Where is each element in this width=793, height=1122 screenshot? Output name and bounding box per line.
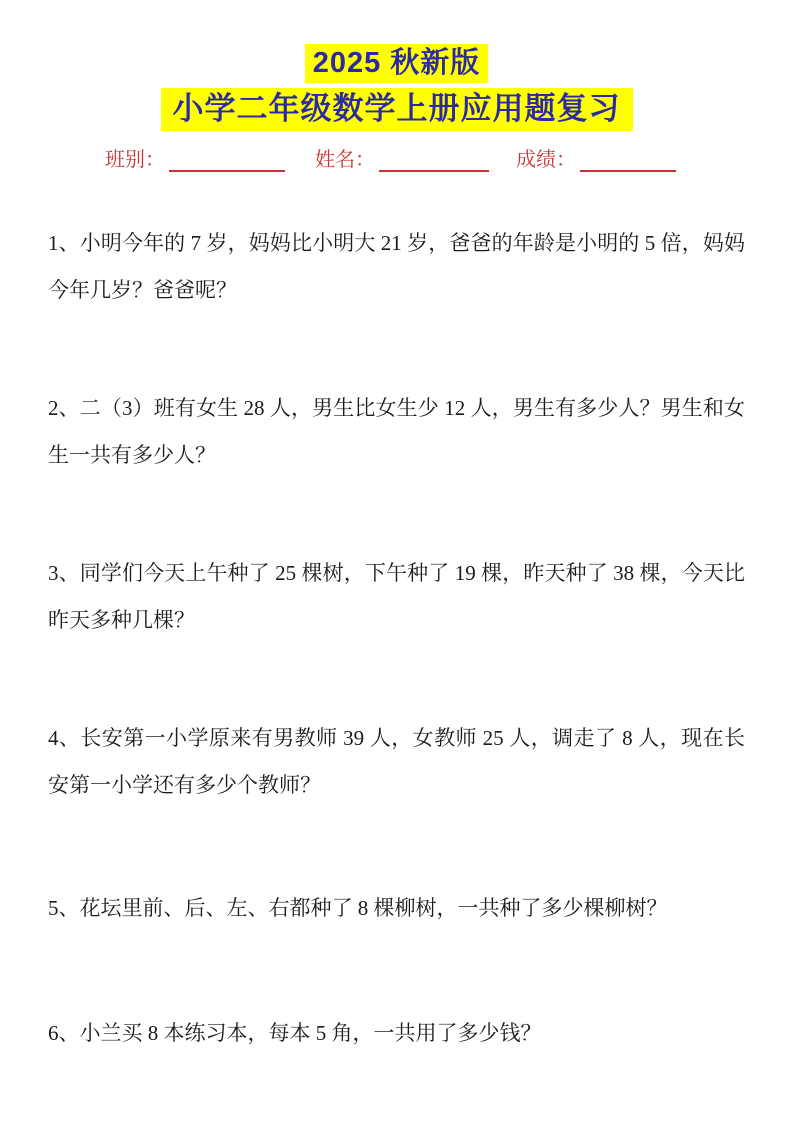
class-blank-line [169,150,285,172]
worksheet-title: 2025 秋新版 小学二年级数学上册应用题复习 [0,44,793,131]
title-line-1: 2025 秋新版 [305,44,489,83]
problems-list: 1、小明今年的 7 岁，妈妈比小明大 21 岁，爸爸的年龄是小明的 5 倍，妈妈… [48,220,745,1057]
problem-3: 3、同学们今天上午种了 25 棵树，下午种了 19 棵，昨天种了 38 棵，今天… [48,550,745,644]
header-fields-row: 班别： 姓名： 成绩： [105,148,793,172]
problem-6: 6、小兰买 8 本练习本，每本 5 角，一共用了多少钱？ [48,1010,745,1057]
problem-2: 2、二（3）班有女生 28 人，男生比女生少 12 人，男生有多少人？男生和女生… [48,385,745,479]
problem-5: 5、花坛里前、后、左、右都种了 8 棵柳树，一共种了多少棵柳树？ [48,885,745,932]
class-field-label: 班别： [105,148,165,172]
name-blank-line [379,150,489,172]
problem-1: 1、小明今年的 7 岁，妈妈比小明大 21 岁，爸爸的年龄是小明的 5 倍，妈妈… [48,220,745,314]
score-field-label: 成绩： [516,148,576,172]
name-field-label: 姓名： [315,148,375,172]
worksheet-page: 2025 秋新版 小学二年级数学上册应用题复习 班别： 姓名： 成绩： 1、小明… [0,0,793,1122]
score-blank-line [580,150,676,172]
title-line-2: 小学二年级数学上册应用题复习 [161,88,633,131]
problem-4: 4、长安第一小学原来有男教师 39 人，女教师 25 人，调走了 8 人，现在长… [48,715,745,809]
